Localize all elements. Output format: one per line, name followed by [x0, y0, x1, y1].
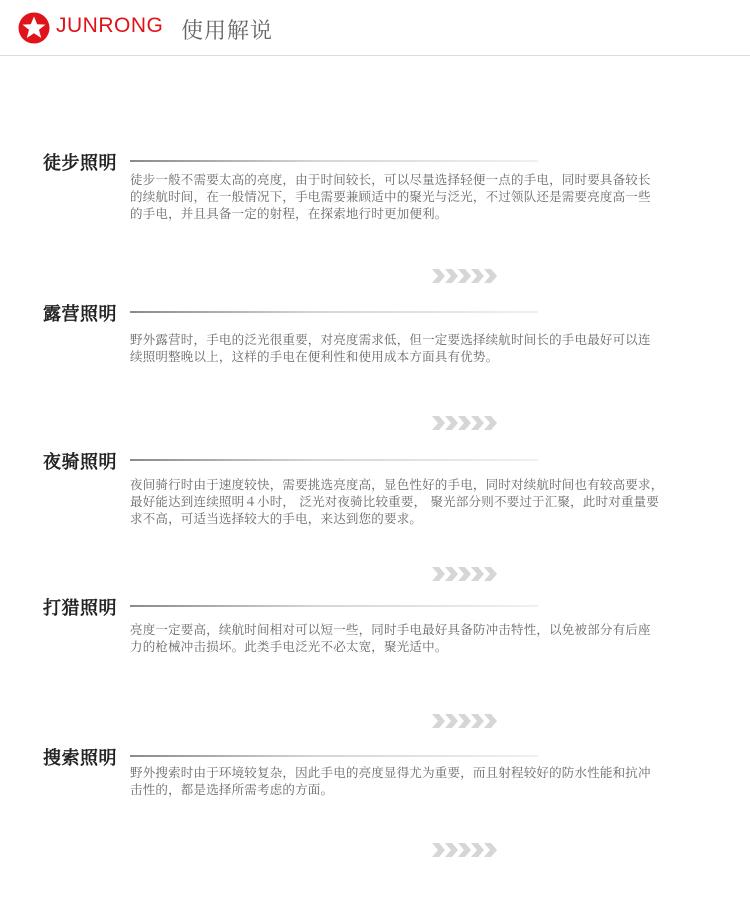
text-line: 最好能达到连续照明４小时， 泛光对夜骑比较重要， 聚光部分则不要过于汇聚，此时对…: [130, 493, 720, 510]
section-text: 亮度一定要高，续航时间相对可以短一些，同时手电最好具备防冲击特性，以免被部分有后…: [130, 621, 720, 655]
header: JUNRONG 使用解说: [0, 0, 750, 56]
section-title: 露营照明: [43, 300, 117, 326]
text-line: 徒步一般不需要太高的亮度，由于时间较长，可以尽量选择轻便一点的手电，同时要具备较…: [130, 171, 720, 188]
text-line: 力的枪械冲击损坏。此类手电泛光不必太宽，聚光适中。: [130, 638, 720, 655]
double-chevron-right-icon: [432, 269, 498, 283]
text-line: 续照明整晚以上，这样的手电在便利性和使用成本方面具有优势。: [130, 348, 720, 365]
page-title: 使用解说: [181, 14, 273, 45]
section-text: 徒步一般不需要太高的亮度，由于时间较长，可以尽量选择轻便一点的手电，同时要具备较…: [130, 171, 720, 222]
text-line: 的手电，并且具备一定的射程，在探索地行时更加便利。: [130, 205, 720, 222]
section-text: 野外搜索时由于环境较复杂，因此手电的亮度显得尤为重要，而且射程较好的防水性能和抗…: [130, 764, 720, 798]
text-line: 夜间骑行时由于速度较快，需要挑选亮度高，显色性好的手电，同时对续航时间也有较高要…: [130, 476, 720, 493]
star-logo-icon: [18, 12, 50, 44]
section-divider: [130, 755, 538, 757]
double-chevron-right-icon: [432, 567, 498, 581]
section-title: 徒步照明: [43, 149, 117, 175]
section-title: 打猎照明: [43, 594, 117, 620]
section-text: 野外露营时，手电的泛光很重要，对亮度需求低，但一定要选择续航时间长的手电最好可以…: [130, 331, 720, 365]
double-chevron-right-icon: [432, 416, 498, 430]
double-chevron-right-icon: [432, 714, 498, 728]
brand-name: JUNRONG: [56, 14, 163, 38]
text-line: 击性的，都是选择所需考虑的方面。: [130, 781, 720, 798]
section-divider: [130, 605, 538, 607]
section-title: 夜骑照明: [43, 448, 117, 474]
text-line: 的续航时间，在一般情况下，手电需要兼顾适中的聚光与泛光，不过领队还是需要亮度高一…: [130, 188, 720, 205]
section-divider: [130, 459, 538, 461]
section-text: 夜间骑行时由于速度较快，需要挑选亮度高，显色性好的手电，同时对续航时间也有较高要…: [130, 476, 720, 527]
section-title: 搜索照明: [43, 744, 117, 770]
text-line: 野外露营时，手电的泛光很重要，对亮度需求低，但一定要选择续航时间长的手电最好可以…: [130, 331, 720, 348]
double-chevron-right-icon: [432, 843, 498, 857]
text-line: 野外搜索时由于环境较复杂，因此手电的亮度显得尤为重要，而且射程较好的防水性能和抗…: [130, 764, 720, 781]
section-divider: [130, 311, 538, 313]
text-line: 求不高，可适当选择较大的手电，来达到您的要求。: [130, 510, 720, 527]
section-divider: [130, 160, 538, 162]
text-line: 亮度一定要高，续航时间相对可以短一些，同时手电最好具备防冲击特性，以免被部分有后…: [130, 621, 720, 638]
